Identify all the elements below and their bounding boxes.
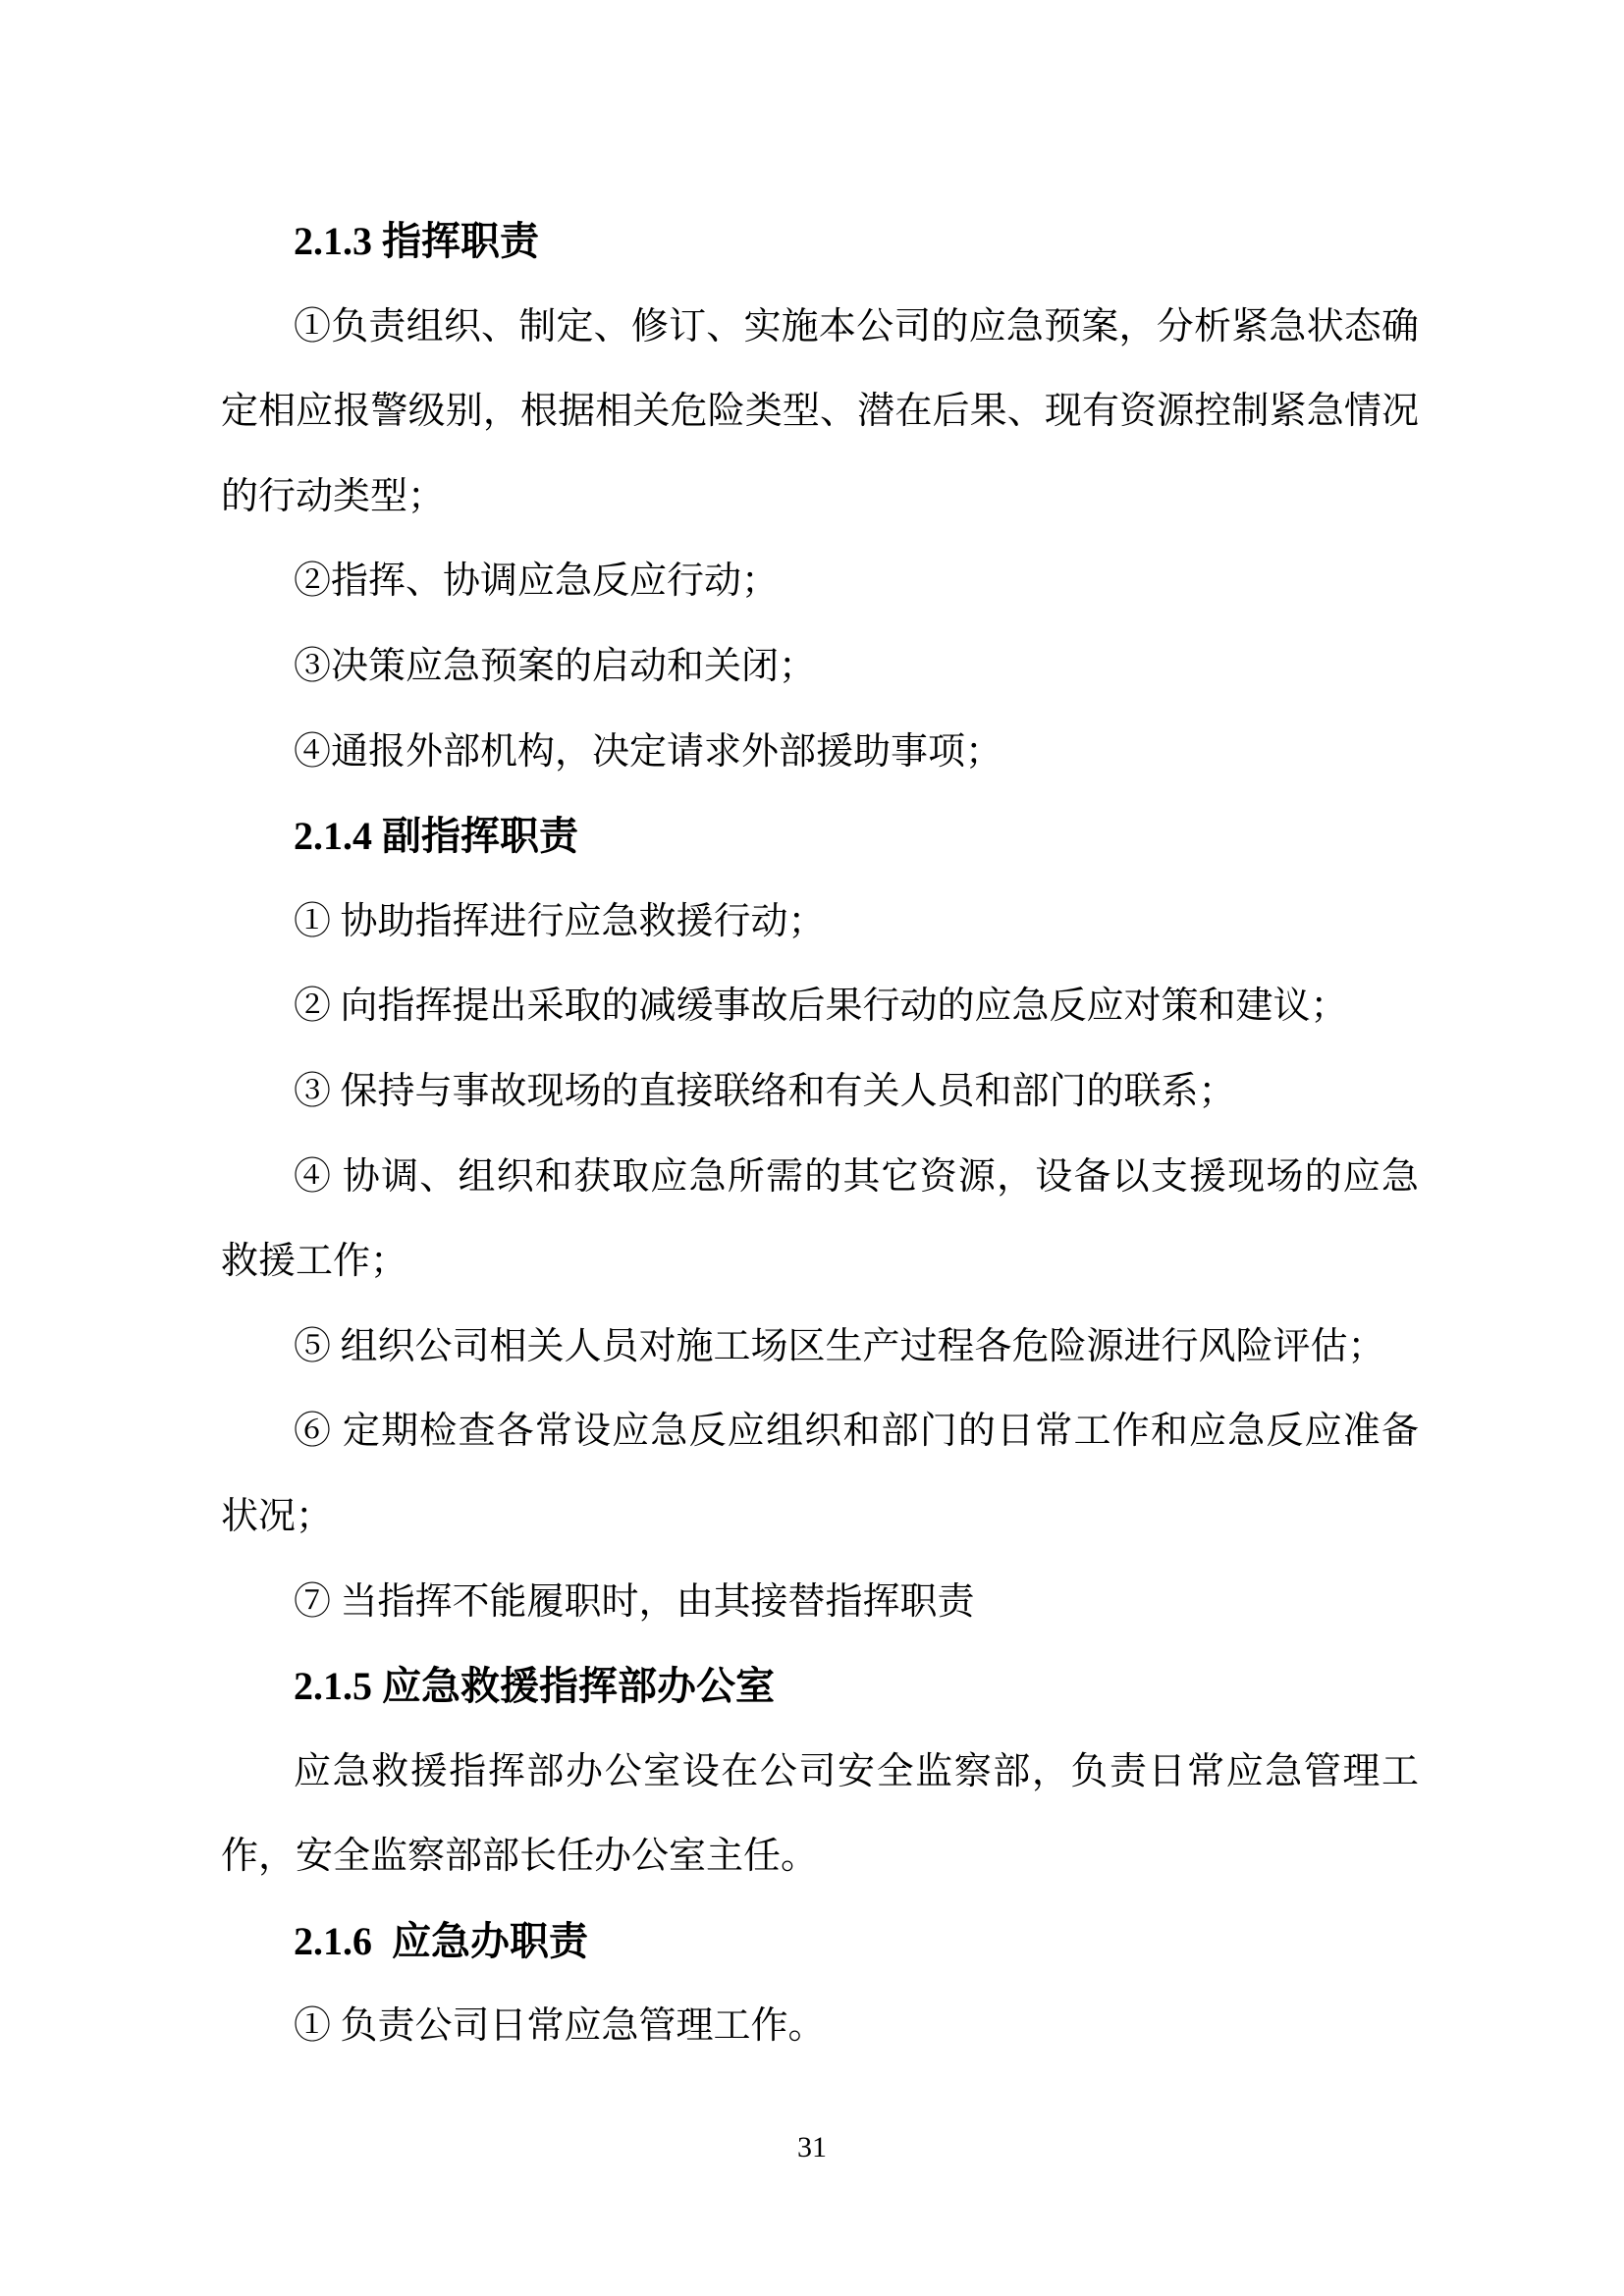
text-line-7: ④通报外部机构，决定请求外部援助事项；: [221, 710, 1419, 795]
text-line-10: ② 向指挥提出采取的减缓事故后果行动的应急反应对策和建议；: [221, 964, 1419, 1049]
text-line-16: 状况；: [221, 1474, 1419, 1560]
text-line-15: ⑥ 定期检查各常设应急反应组织和部门的日常工作和应急反应准备: [221, 1389, 1419, 1474]
text-line-18: 2.1.5 应急救援指挥部办公室: [221, 1644, 1419, 1730]
text-line-19: 应急救援指挥部办公室设在公司安全监察部，负责日常应急管理工: [221, 1730, 1419, 1815]
text-line-21: 2.1.6 应急办职责: [221, 1899, 1419, 1985]
text-line-5: ②指挥、协调应急反应行动；: [221, 539, 1419, 624]
text-line-4: 的行动类型；: [221, 454, 1419, 540]
page-number: 31: [0, 2120, 1624, 2175]
text-line-6: ③决策应急预案的启动和关闭；: [221, 624, 1419, 710]
text-line-1: 2.1.3 指挥职责: [221, 199, 1419, 285]
text-line-20: 作，安全监察部部长任办公室主任。: [221, 1814, 1419, 1899]
text-line-12: ④ 协调、组织和获取应急所需的其它资源，设备以支援现场的应急: [221, 1135, 1419, 1220]
text-line-9: ① 协助指挥进行应急救援行动；: [221, 880, 1419, 965]
text-line-3: 定相应报警级别，根据相关危险类型、潜在后果、现有资源控制紧急情况: [221, 369, 1419, 454]
text-line-13: 救援工作；: [221, 1219, 1419, 1305]
text-line-2: ①负责组织、制定、修订、实施本公司的应急预案，分析紧急状态确: [221, 285, 1419, 370]
text-line-17: ⑦ 当指挥不能履职时，由其接替指挥职责: [221, 1560, 1419, 1645]
text-line-8: 2.1.4 副指挥职责: [221, 794, 1419, 880]
text-line-14: ⑤ 组织公司相关人员对施工场区生产过程各危险源进行风险评估；: [221, 1305, 1419, 1390]
document-page: 2.1.3 指挥职责①负责组织、制定、修订、实施本公司的应急预案，分析紧急状态确…: [0, 0, 1624, 2296]
text-line-11: ③ 保持与事故现场的直接联络和有关人员和部门的联系；: [221, 1049, 1419, 1135]
text-line-22: ① 负责公司日常应急管理工作。: [221, 1984, 1419, 2069]
document-body: 2.1.3 指挥职责①负责组织、制定、修订、实施本公司的应急预案，分析紧急状态确…: [221, 199, 1419, 2069]
